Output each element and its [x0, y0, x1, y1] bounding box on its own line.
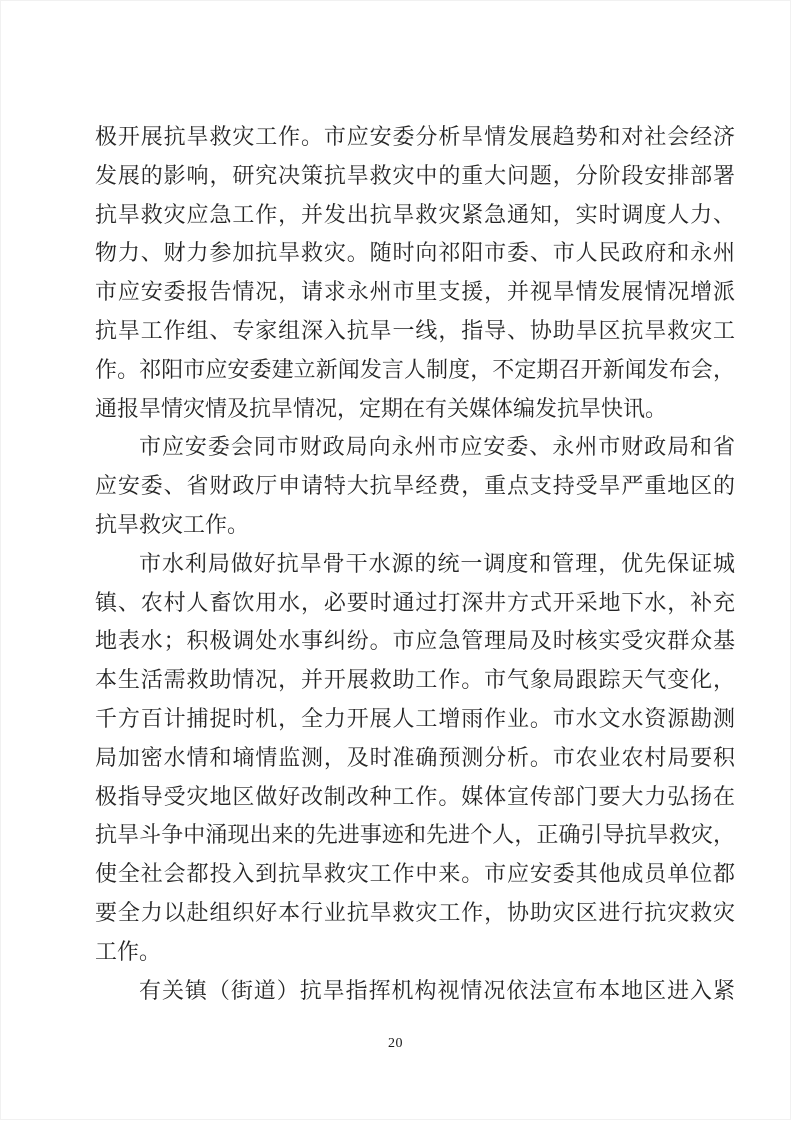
page-number: 20	[1, 1036, 790, 1052]
text-line: 抗旱救灾工作。	[95, 506, 735, 545]
text-line: 市应安委会同市财政局向永州市应安委、永州市财政局和省	[95, 428, 735, 467]
text-line: 通报旱情灾情及抗旱情况，定期在有关媒体编发抗旱快讯。	[95, 390, 735, 429]
text-line: 局加密水情和墒情监测，及时准确预测分析。市农业农村局要积	[95, 739, 735, 778]
text-line: 镇、农村人畜饮用水，必要时通过打深井方式开采地下水，补充	[95, 584, 735, 623]
text-line: 本生活需救助情况，并开展救助工作。市气象局跟踪天气变化，	[95, 661, 735, 700]
text-line: 地表水；积极调处水事纠纷。市应急管理局及时核实受灾群众基	[95, 622, 735, 661]
text-line: 有关镇（街道）抗旱指挥机构视情况依法宣布本地区进入紧	[95, 972, 735, 1011]
text-line: 抗旱工作组、专家组深入抗旱一线，指导、协助旱区抗旱救灾工	[95, 312, 735, 351]
text-line: 千方百计捕捉时机，全力开展人工增雨作业。市水文水资源勘测	[95, 700, 735, 739]
text-line: 极指导受灾地区做好改制改种工作。媒体宣传部门要大力弘扬在	[95, 778, 735, 817]
text-line: 作。祁阳市应安委建立新闻发言人制度，不定期召开新闻发布会，	[95, 351, 735, 390]
text-line: 工作。	[95, 933, 735, 972]
text-line: 物力、财力参加抗旱救灾。随时向祁阳市委、市人民政府和永州	[95, 234, 735, 273]
text-line: 发展的影响，研究决策抗旱救灾中的重大问题，分阶段安排部署	[95, 157, 735, 196]
text-line: 市水利局做好抗旱骨干水源的统一调度和管理，优先保证城	[95, 545, 735, 584]
text-line: 应安委、省财政厅申请特大抗旱经费，重点支持受旱严重地区的	[95, 467, 735, 506]
document-page: 极开展抗旱救灾工作。市应安委分析旱情发展趋势和对社会经济发展的影响，研究决策抗旱…	[0, 0, 791, 1120]
text-line: 极开展抗旱救灾工作。市应安委分析旱情发展趋势和对社会经济	[95, 118, 735, 157]
text-line: 使全社会都投入到抗旱救灾工作中来。市应安委其他成员单位都	[95, 855, 735, 894]
text-line: 要全力以赴组织好本行业抗旱救灾工作，协助灾区进行抗灾救灾	[95, 894, 735, 933]
text-line: 市应安委报告情况，请求永州市里支援，并视旱情发展情况增派	[95, 273, 735, 312]
text-line: 抗旱救灾应急工作，并发出抗旱救灾紧急通知，实时调度人力、	[95, 196, 735, 235]
body-text: 极开展抗旱救灾工作。市应安委分析旱情发展趋势和对社会经济发展的影响，研究决策抗旱…	[95, 118, 735, 1010]
text-line: 抗旱斗争中涌现出来的先进事迹和先进个人，正确引导抗旱救灾，	[95, 816, 735, 855]
